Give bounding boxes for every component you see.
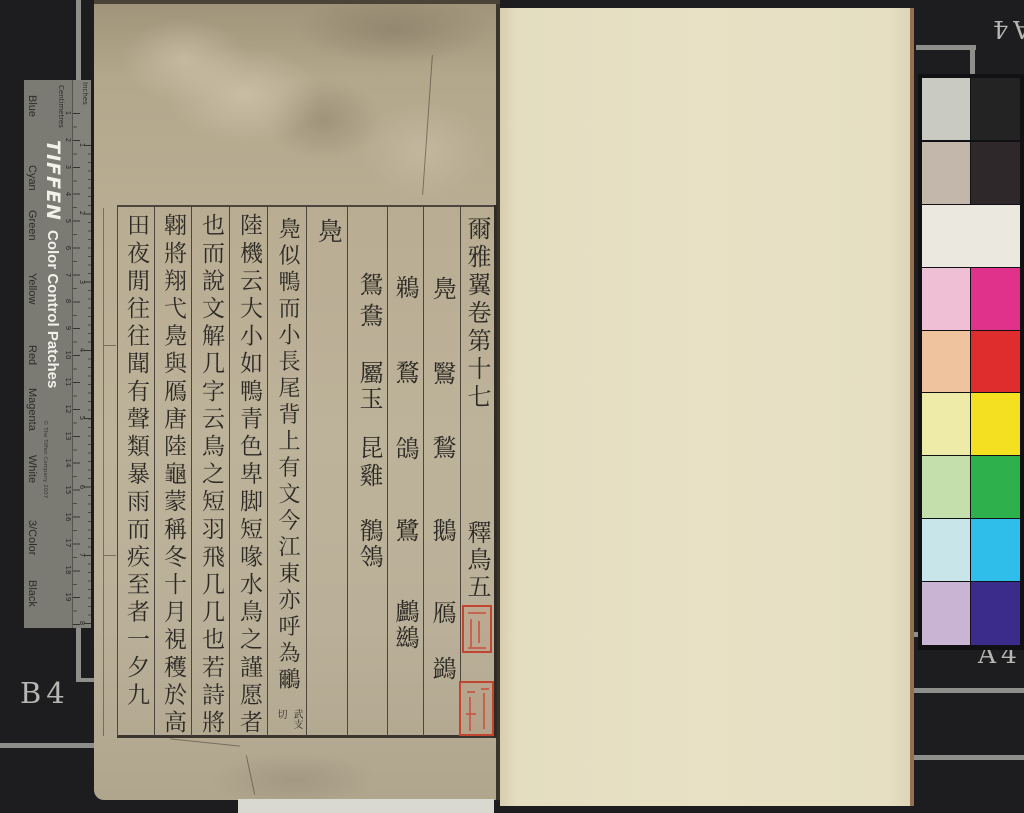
body-text-column-4: 翺將翔弋鳧與鴈唐陸龜蒙稱冬十月視穫於高: [154, 213, 191, 737]
ruler-centimetres-label: Centimetres: [57, 85, 65, 128]
underlying-page-mark: [104, 555, 116, 556]
ruler-inch-number: 6: [78, 482, 86, 492]
strip-label-red: Red: [26, 345, 38, 365]
contents-item: 鶖: [423, 435, 460, 459]
entry-heading: 鳧: [306, 218, 347, 243]
tiffen-product-name: Color Control Patches: [44, 230, 61, 388]
body-text-column-5: 田夜閒往往聞有聲類暴雨而疾至者一夕九: [117, 213, 154, 710]
patch-pale-cyan: [922, 519, 970, 581]
patch-black: [971, 78, 1020, 140]
contents-item: 昆雞: [347, 435, 387, 491]
collector-seal-1: [462, 605, 492, 653]
strip-label-blue: Blue: [26, 95, 38, 117]
guide-line-left-corner: [76, 678, 94, 682]
ruler-cm-number: 16: [64, 512, 72, 522]
column-rule: [306, 206, 307, 736]
patch-pale-yellow: [922, 393, 970, 455]
patch-white: [922, 205, 1020, 267]
ruler-cm-number: 15: [64, 485, 72, 495]
ruler-cm-number: 9: [64, 323, 72, 333]
b4-size-label: B4: [20, 678, 70, 708]
patch-magenta: [971, 268, 1020, 330]
ruler-cm-number: 3: [64, 162, 72, 172]
right-blank-page: [500, 8, 914, 806]
patch-yellow: [971, 393, 1020, 455]
ruler-cm-number: 13: [64, 431, 72, 441]
volume-title: 爾雅翼卷第十七: [460, 216, 495, 412]
inline-note-right: 武支: [290, 709, 302, 729]
tiffen-copyright: © The Tiffen Company 2007: [42, 420, 48, 498]
ruler-inch-number: 8: [78, 618, 86, 628]
ruler-cm-number: 10: [64, 350, 72, 360]
contents-item: 屬玉: [347, 360, 387, 412]
patch-cyan: [971, 519, 1020, 581]
ruler-cm-number: 5: [64, 216, 72, 226]
guide-line-right-horizontal-2: [912, 755, 1024, 760]
strip-label-black: Black: [26, 580, 38, 607]
ruler-inch-number: 1: [78, 140, 86, 150]
ruler-cm-number: 7: [64, 270, 72, 280]
ruler-cm-number: 14: [64, 458, 72, 468]
body-text-column-3: 也而說文解几字云鳥之短羽飛几几也若詩將: [191, 213, 229, 737]
contents-item: 鵝: [423, 518, 460, 542]
ruler-cm-number: 8: [64, 296, 72, 306]
patch-light-peach: [922, 331, 970, 392]
ruler-cm-number: 17: [64, 538, 72, 548]
contents-item: 鷁: [423, 656, 460, 680]
guide-line-right-top: [916, 45, 976, 50]
body-text-column-2: 陸機云大小如鴨青色卑脚短喙水鳥之謹愿者: [229, 213, 267, 737]
ruler-inches-label: Inches: [81, 82, 89, 105]
patch-red: [971, 331, 1020, 392]
contents-item: 鴛鴦: [347, 272, 387, 334]
ruler-cm-number: 2: [64, 135, 72, 145]
ruler-inch-number: 5: [78, 413, 86, 423]
page-top-edge: [94, 0, 500, 4]
ruler-cm-number: 6: [64, 243, 72, 253]
strip-label-white: White: [26, 455, 38, 483]
tiffen-logo: TIFFEN: [43, 140, 63, 221]
strip-label-yellow: Yellow: [26, 273, 38, 304]
body-text-column-1: 鳧似鴨而小長尾背上有文今江東亦呼為鸍: [267, 217, 306, 694]
strip-label-cyan: Cyan: [26, 165, 38, 191]
patch-warm-gray: [922, 142, 970, 204]
inline-note-left: 切: [274, 709, 286, 719]
ruler-cm-number: 12: [64, 404, 72, 414]
a4-size-label-mirrored: A4: [988, 14, 1024, 44]
patch-lavender: [922, 582, 970, 645]
ruler-inch-number: 3: [78, 277, 86, 287]
ruler-cm-number: 1: [64, 108, 72, 118]
ruler-inch-number: 4: [78, 345, 86, 355]
contents-item: 鷺: [387, 518, 423, 542]
contents-item: 鸕鷀: [387, 599, 423, 651]
underlying-page-mark: [104, 345, 116, 346]
color-patch-board: [918, 74, 1024, 650]
strip-label-3color: 3/Color: [26, 520, 38, 555]
tiffen-color-control-strip: Inches Centimetres 1 2 3 4 5 6 7 8 1 2 3…: [24, 80, 91, 628]
contents-item: 鴈: [423, 600, 460, 624]
strip-label-green: Green: [26, 210, 38, 241]
patch-light-gray: [922, 78, 970, 140]
section-title: 釋鳥五: [460, 520, 495, 601]
contents-item: 鳧: [423, 276, 460, 300]
guide-line-right-horizontal-1: [912, 688, 1024, 693]
frame-top-border: [117, 205, 497, 207]
ruler-cm-number: 11: [64, 377, 72, 387]
underlying-sheet-edge: [238, 799, 494, 813]
contents-item: 鶩: [387, 360, 423, 384]
contents-item: 鶺鴒: [347, 518, 387, 570]
strip-label-magenta: Magenta: [26, 388, 38, 431]
contents-item: 鴿: [387, 436, 423, 460]
ruler-cm-number: 19: [64, 592, 72, 602]
patch-dark-gray: [971, 142, 1020, 204]
patch-pale-green: [922, 456, 970, 518]
guide-line-left-horizontal: [0, 743, 95, 748]
contents-item: 鷖: [423, 361, 460, 385]
ruler-inch-number: 2: [78, 208, 86, 218]
ruler-cm-number: 18: [64, 565, 72, 575]
contents-item: 鵜: [387, 275, 423, 299]
patch-green: [971, 456, 1020, 518]
patch-blue-violet: [971, 582, 1020, 645]
patch-light-pink: [922, 268, 970, 330]
underlying-page-rule: [103, 208, 104, 736]
collector-seal-2: [459, 681, 494, 736]
ruler-inch-number: 7: [78, 550, 86, 560]
ruler-cm-number: 4: [64, 189, 72, 199]
